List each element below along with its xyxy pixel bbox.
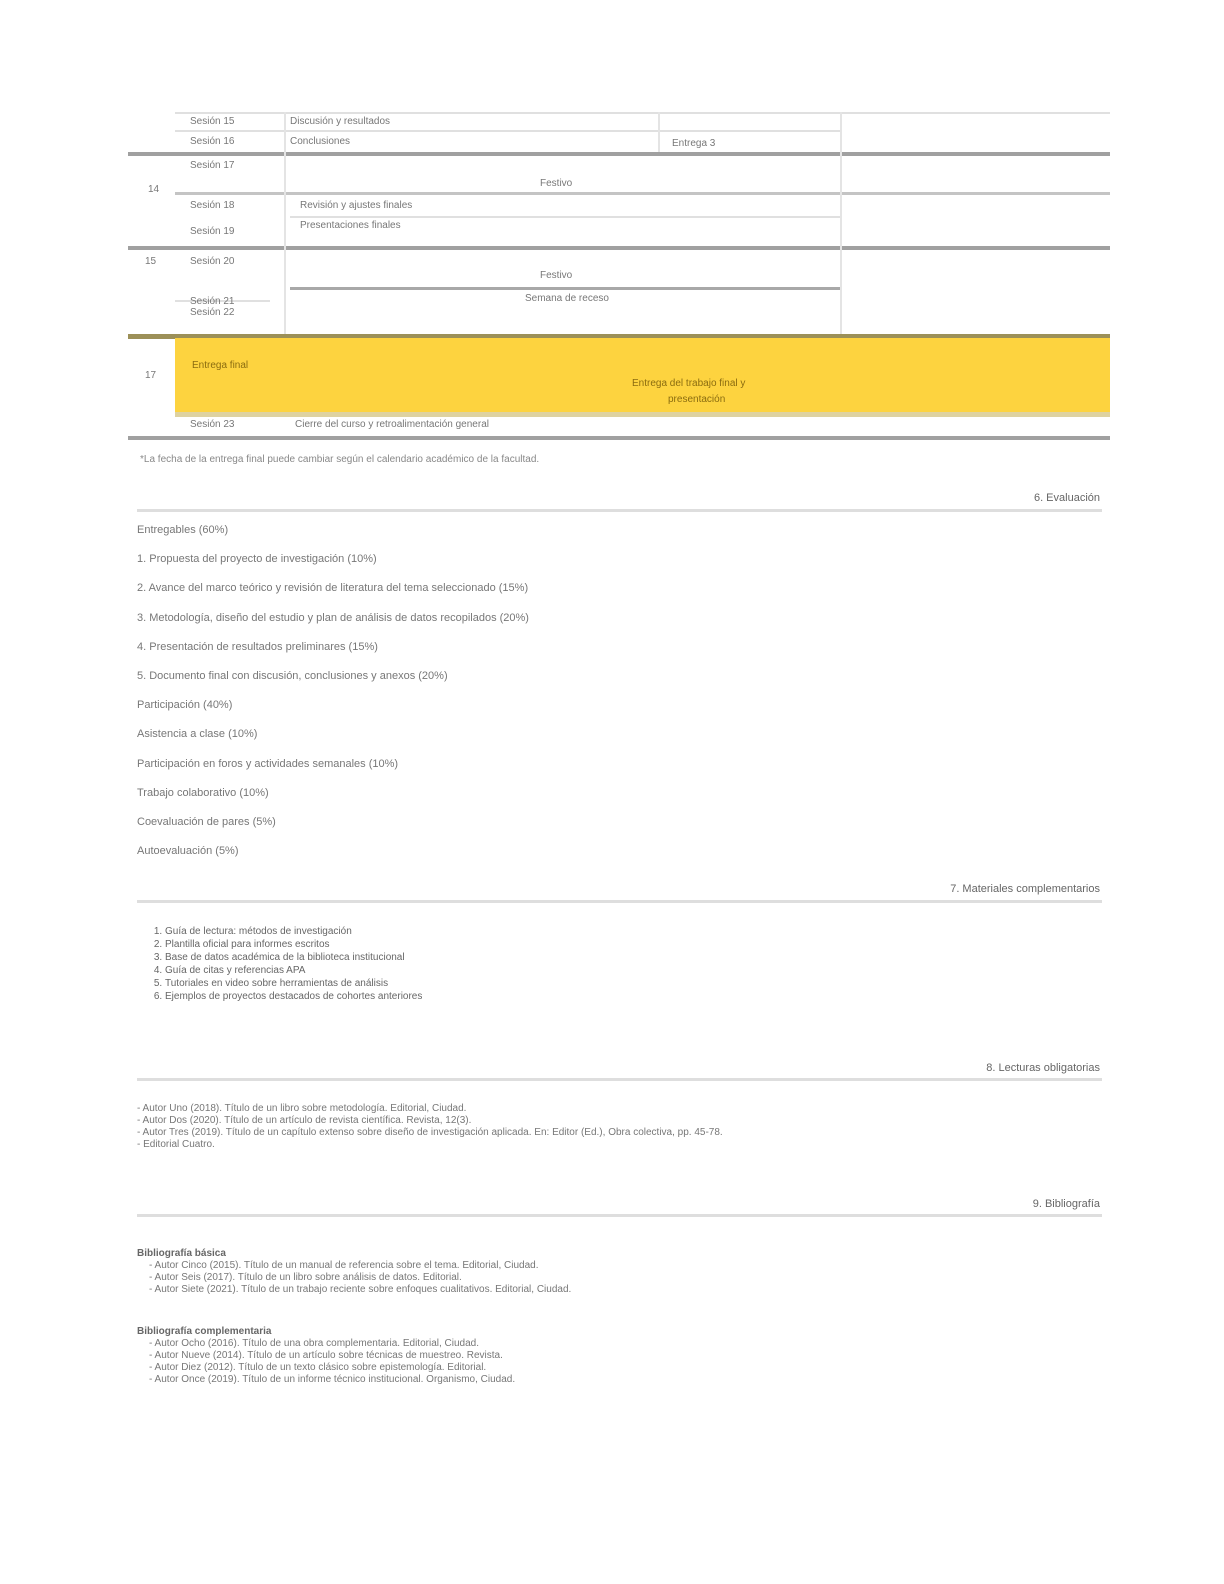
table-row: Sesión 17 [190, 160, 234, 171]
list-item: Guía de citas y referencias APA [165, 964, 422, 977]
week-number: 15 [145, 256, 156, 267]
bibliography-item: - Autor Nueve (2014). Título de un artíc… [137, 1350, 571, 1362]
bibliography-list: Bibliografía básica- Autor Cinco (2015).… [137, 1248, 571, 1386]
section-title-materials: 7. Materiales complementarios [950, 883, 1100, 895]
bibliography-item: - Autor Diez (2012). Título de un texto … [137, 1362, 571, 1374]
table-row: Cierre del curso y retroalimentación gen… [295, 419, 489, 430]
evaluation-line: Autoevaluación (5%) [137, 845, 239, 857]
evaluation-line: 2. Avance del marco teórico y revisión d… [137, 582, 528, 594]
list-item: Ejemplos de proyectos destacados de coho… [165, 990, 422, 1003]
week-number: 14 [148, 184, 159, 195]
table-row: Festivo [540, 178, 572, 189]
section-title-bibliography: 9. Bibliografía [1033, 1198, 1100, 1210]
list-item: Plantilla oficial para informes escritos [165, 938, 422, 951]
evaluation-line: 4. Presentación de resultados preliminar… [137, 641, 378, 653]
table-row: Sesión 15 [190, 116, 234, 127]
materials-list: Guía de lectura: métodos de investigació… [137, 925, 422, 1003]
table-row: Sesión 20 [190, 256, 234, 267]
reading-item: - Autor Dos (2020). Título de un artícul… [137, 1115, 1097, 1127]
evaluation-line: Coevaluación de pares (5%) [137, 816, 276, 828]
table-row: Semana de receso [525, 293, 609, 304]
table-row: Sesión 18 [190, 200, 234, 211]
reading-item: - Autor Tres (2019). Título de un capítu… [137, 1127, 1097, 1139]
bibliography-heading: Bibliografía básica [137, 1248, 571, 1260]
table-row: Sesión 16 [190, 136, 234, 147]
evaluation-line: Participación (40%) [137, 699, 232, 711]
table-row: Entrega 3 [672, 138, 715, 149]
evaluation-line: 5. Documento final con discusión, conclu… [137, 670, 448, 682]
evaluation-line: Asistencia a clase (10%) [137, 728, 257, 740]
document-page: Sesión 15 Discusión y resultados Sesión … [0, 0, 1224, 1584]
evaluation-line: Participación en foros y actividades sem… [137, 758, 398, 770]
evaluation-line: 1. Propuesta del proyecto de investigaci… [137, 553, 377, 565]
section-title-evaluation: 6. Evaluación [1034, 492, 1100, 504]
table-row: Revisión y ajustes finales [300, 200, 412, 211]
highlight-session: Entrega final [192, 360, 262, 371]
reading-item: - Autor Uno (2018). Título de un libro s… [137, 1103, 1097, 1115]
table-row: Presentaciones finales [300, 220, 401, 231]
bibliography-item: - Autor Seis (2017). Título de un libro … [137, 1272, 571, 1284]
section-title-readings: 8. Lecturas obligatorias [986, 1062, 1100, 1074]
readings-list: - Autor Uno (2018). Título de un libro s… [137, 1103, 1097, 1151]
evaluation-line: Trabajo colaborativo (10%) [137, 787, 269, 799]
table-row: Discusión y resultados [290, 116, 390, 127]
highlighted-row [175, 338, 1110, 414]
evaluation-line: Entregables (60%) [137, 524, 228, 536]
bibliography-item: - Autor Siete (2021). Título de un traba… [137, 1284, 571, 1296]
table-row: Festivo [540, 270, 572, 281]
bibliography-item: - Autor Ocho (2016). Título de una obra … [137, 1338, 571, 1350]
table-note: *La fecha de la entrega final puede camb… [140, 454, 539, 465]
list-item: Base de datos académica de la biblioteca… [165, 951, 422, 964]
table-row: Sesión 23 [190, 419, 234, 430]
evaluation-line: 3. Metodología, diseño del estudio y pla… [137, 612, 529, 624]
table-row: Sesión 19 [190, 226, 234, 237]
table-row: Sesión 21 Sesión 22 [190, 296, 250, 318]
list-item: Tutoriales en video sobre herramientas d… [165, 977, 422, 990]
week-number: 17 [145, 370, 156, 381]
reading-item: - Editorial Cuatro. [137, 1139, 1097, 1151]
bibliography-item: - Autor Once (2019). Título de un inform… [137, 1374, 571, 1386]
bibliography-item: - Autor Cinco (2015). Título de un manua… [137, 1260, 571, 1272]
list-item: Guía de lectura: métodos de investigació… [165, 925, 422, 938]
table-row: Conclusiones [290, 136, 350, 147]
highlight-line-2: presentación [668, 394, 725, 405]
highlight-line-1: Entrega del trabajo final y [632, 378, 745, 389]
bibliography-heading: Bibliografía complementaria [137, 1326, 571, 1338]
